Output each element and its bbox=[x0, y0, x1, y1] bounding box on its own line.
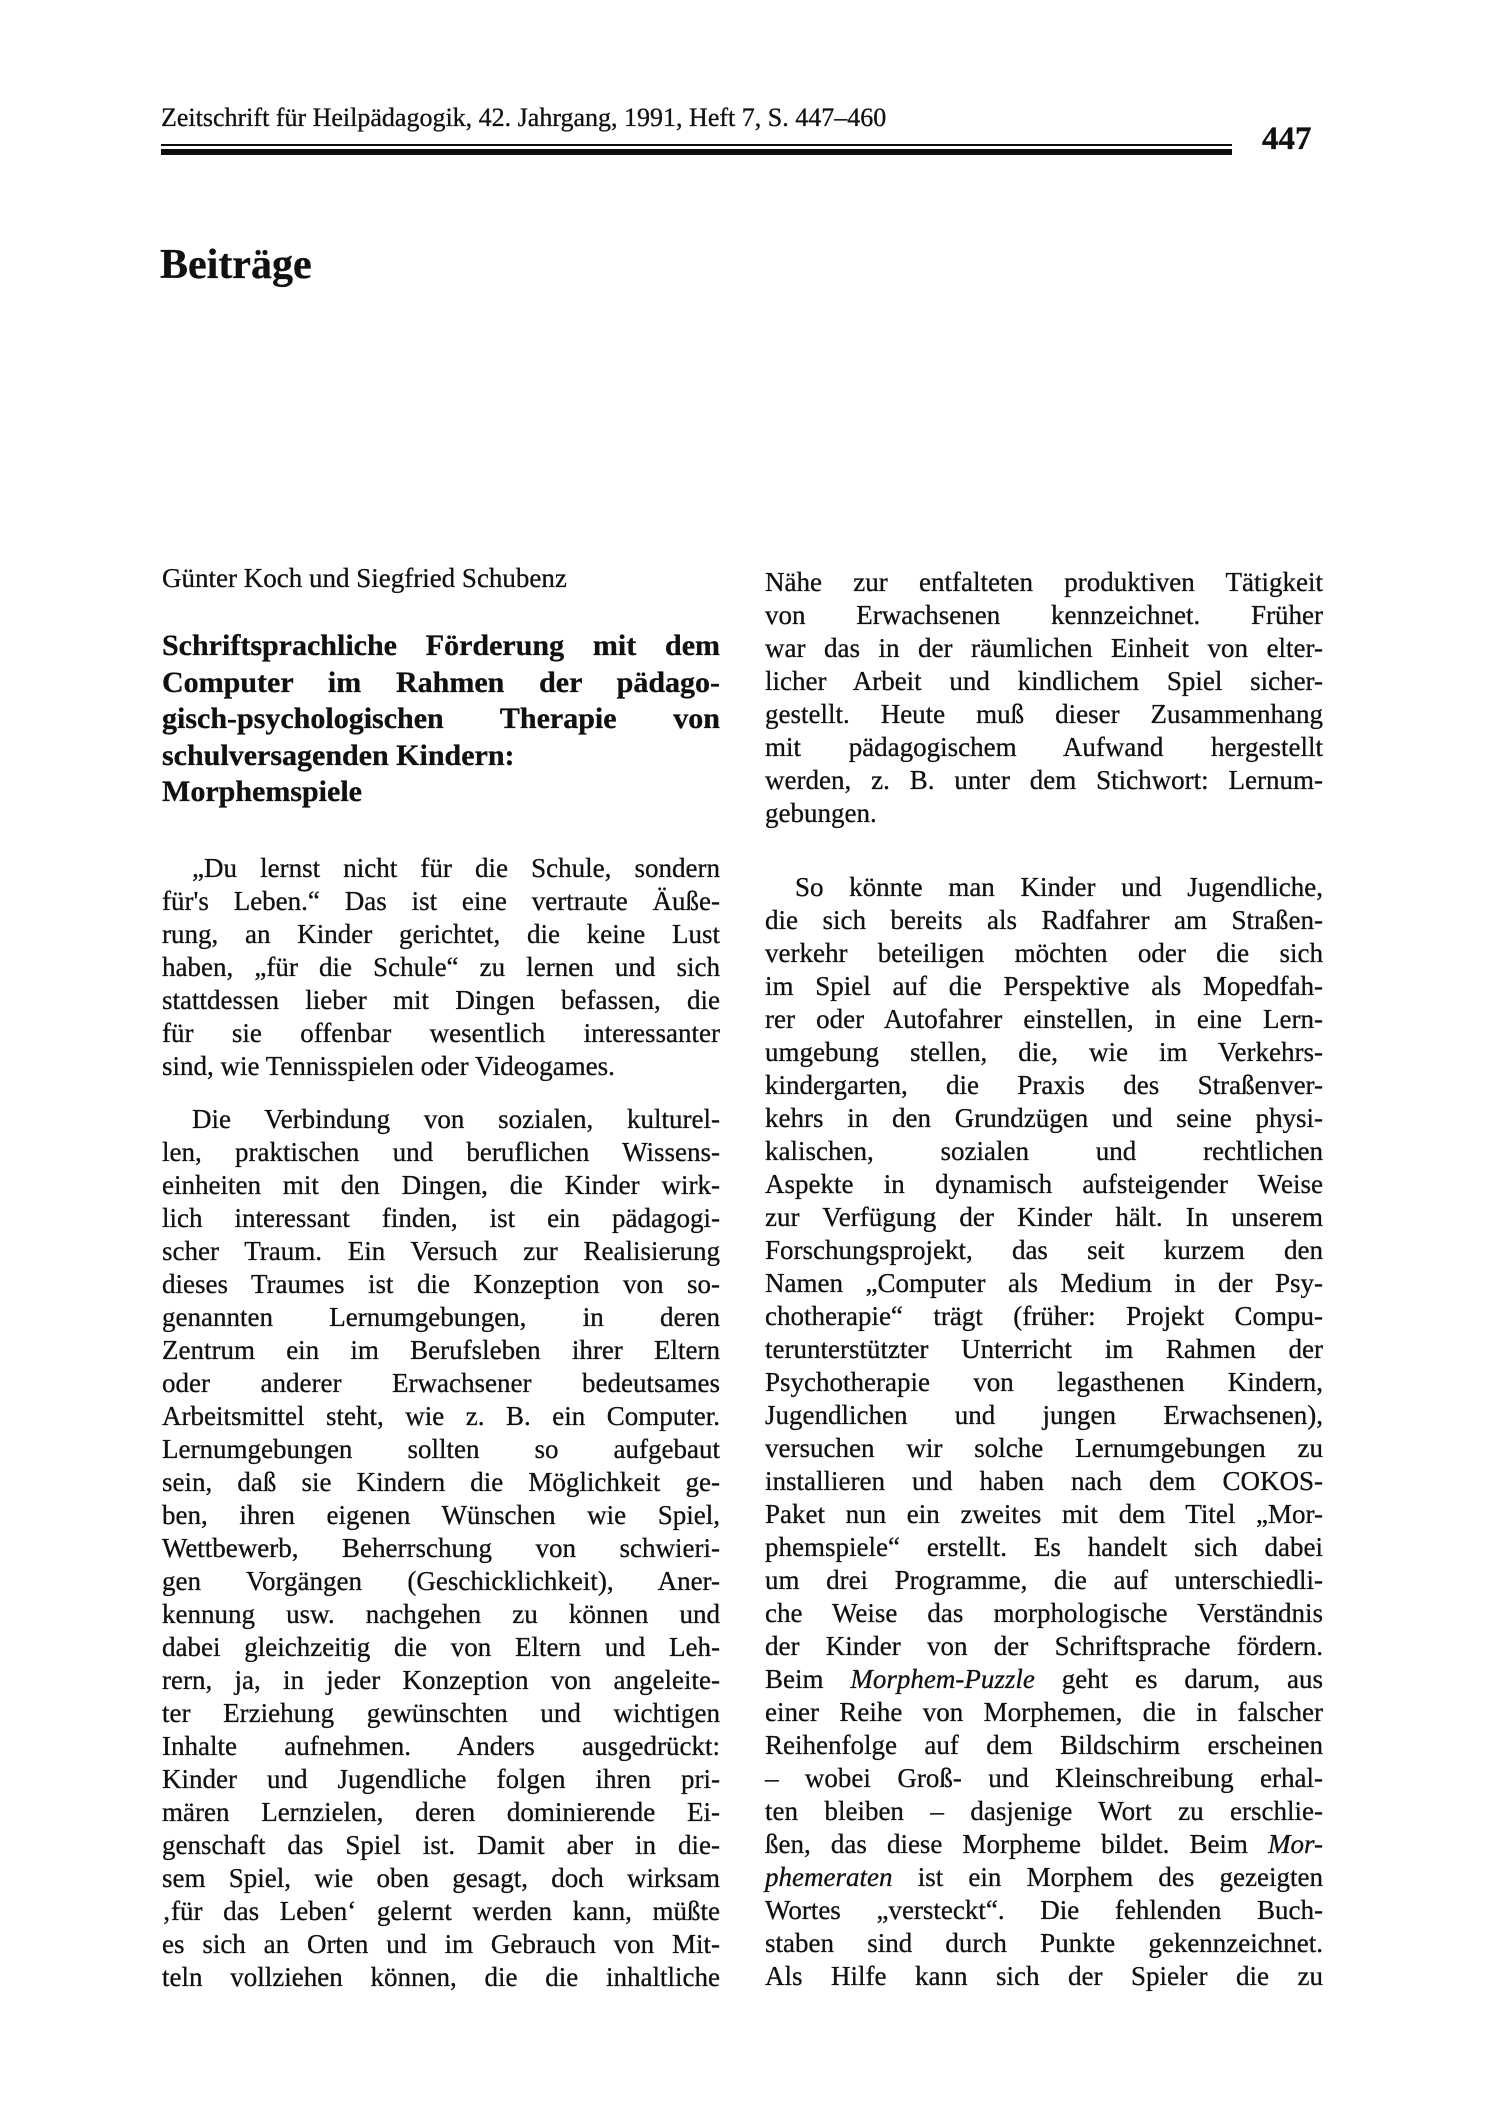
text-line: mären Lernzielen, deren dominierende Ei- bbox=[162, 1796, 720, 1829]
text-line: für's Leben.“ Das ist eine vertraute Äuß… bbox=[162, 885, 720, 918]
text-line: Psychotherapie von legasthenen Kindern, bbox=[765, 1366, 1323, 1399]
journal-header-line: Zeitschrift für Heilpädagogik, 42. Jahrg… bbox=[161, 102, 886, 134]
text-line: umgebung stellen, die, wie im Verkehrs- bbox=[765, 1036, 1323, 1069]
text-line: kehrs in den Grundzügen und seine physi- bbox=[765, 1102, 1323, 1135]
text-line: Paket nun ein zweites mit dem Titel „Mor… bbox=[765, 1498, 1323, 1531]
text-line: installieren und haben nach dem COKOS- bbox=[765, 1465, 1323, 1498]
text-line: gestellt. Heute muß dieser Zusammenhang bbox=[765, 698, 1323, 731]
text-line: Jugendlichen und jungen Erwachsenen), bbox=[765, 1399, 1323, 1432]
text-line: chotherapie“ trägt (früher: Projekt Comp… bbox=[765, 1300, 1323, 1333]
text-line: haben, „für die Schule“ zu lernen und si… bbox=[162, 951, 720, 984]
text-line: für sie offenbar wesentlich interessante… bbox=[162, 1017, 720, 1050]
text-line: Namen „Computer als Medium in der Psy- bbox=[765, 1267, 1323, 1300]
section-heading: Beiträge bbox=[160, 242, 312, 288]
text-line: So könnte man Kinder und Jugendliche, bbox=[765, 871, 1323, 904]
text-line: Morphemspiele bbox=[162, 774, 720, 811]
text-line: Aspekte in dynamisch aufsteigender Weise bbox=[765, 1168, 1323, 1201]
right-text-column: Nähe zur entfalteten produktiven Tätigke… bbox=[765, 566, 1323, 1993]
text-line: versuchen wir solche Lernumgebungen zu bbox=[765, 1432, 1323, 1465]
text-line: ter Erziehung gewünschten und wichtigen bbox=[162, 1697, 720, 1730]
text-line: Arbeitsmittel steht, wie z. B. ein Compu… bbox=[162, 1400, 720, 1433]
text-line: kennung usw. nachgehen zu können und bbox=[162, 1598, 720, 1631]
text-line: gebungen. bbox=[765, 797, 1323, 830]
text-line: Forschungsprojekt, das seit kurzem den bbox=[765, 1234, 1323, 1267]
text-line: rer oder Autofahrer einstellen, in eine … bbox=[765, 1003, 1323, 1036]
text-line: es sich an Orten und im Gebrauch von Mit… bbox=[162, 1928, 720, 1961]
text-line: Als Hilfe kann sich der Spieler die zu bbox=[765, 1960, 1323, 1993]
text-line: sem Spiel, wie oben gesagt, doch wirksam bbox=[162, 1862, 720, 1895]
text-line: im Spiel auf die Perspektive als Mopedfa… bbox=[765, 970, 1323, 1003]
text-line: genschaft das Spiel ist. Damit aber in d… bbox=[162, 1829, 720, 1862]
paragraph: Die Verbindung von sozialen, kulturel-le… bbox=[162, 1103, 720, 1994]
header-divider-rule bbox=[161, 144, 1232, 155]
text-line: len, praktischen und beruflichen Wissens… bbox=[162, 1136, 720, 1169]
paragraph: So könnte man Kinder und Jugendliche,die… bbox=[765, 871, 1323, 1993]
text-line: um drei Programme, die auf unterschiedli… bbox=[765, 1564, 1323, 1597]
text-line: kalischen, sozialen und rechtlichen bbox=[765, 1135, 1323, 1168]
text-line: oder anderer Erwachsener bedeutsames bbox=[162, 1367, 720, 1400]
paragraph: Schriftsprachliche Förderung mit demComp… bbox=[162, 628, 720, 811]
text-line: phemspiele“ erstellt. Es handelt sich da… bbox=[765, 1531, 1323, 1564]
text-line: – wobei Groß- und Kleinschreibung erhal- bbox=[765, 1762, 1323, 1795]
article-title: Schriftsprachliche Förderung mit demComp… bbox=[162, 628, 720, 811]
text-line: Nähe zur entfalteten produktiven Tätigke… bbox=[765, 566, 1323, 599]
text-line: phemeraten ist ein Morphem des gezeigten bbox=[765, 1861, 1323, 1894]
text-line: Beim Morphem-Puzzle geht es darum, aus bbox=[765, 1663, 1323, 1696]
text-line: ben, ihren eigenen Wünschen wie Spiel, bbox=[162, 1499, 720, 1532]
text-line: licher Arbeit und kindlichem Spiel siche… bbox=[765, 665, 1323, 698]
text-line: terunterstützter Unterricht im Rahmen de… bbox=[765, 1333, 1323, 1366]
text-line: Zentrum ein im Berufsleben ihrer Eltern bbox=[162, 1334, 720, 1367]
page-number: 447 bbox=[1262, 121, 1312, 157]
text-line: einer Reihe von Morphemen, die in falsch… bbox=[765, 1696, 1323, 1729]
text-line: ten bleiben – dasjenige Wort zu erschlie… bbox=[765, 1795, 1323, 1828]
text-line: verkehr beteiligen möchten oder die sich bbox=[765, 937, 1323, 970]
text-line: Kinder und Jugendliche folgen ihren pri- bbox=[162, 1763, 720, 1796]
left-text-column: „Du lernst nicht für die Schule, sondern… bbox=[162, 852, 720, 1994]
text-line: sind, wie Tennisspielen oder Videogames. bbox=[162, 1050, 720, 1083]
text-line: Inhalte aufnehmen. Anders ausgedrückt: bbox=[162, 1730, 720, 1763]
text-line: gen Vorgängen (Geschicklichkeit), Aner- bbox=[162, 1565, 720, 1598]
text-line: die sich bereits als Radfahrer am Straße… bbox=[765, 904, 1323, 937]
text-line: dieses Traumes ist die Konzeption von so… bbox=[162, 1268, 720, 1301]
paragraph: „Du lernst nicht für die Schule, sondern… bbox=[162, 852, 720, 1083]
text-line: war das in der räumlichen Einheit von el… bbox=[765, 632, 1323, 665]
text-line: Lernumgebungen sollten so aufgebaut bbox=[162, 1433, 720, 1466]
text-line: der Kinder von der Schriftsprache förder… bbox=[765, 1630, 1323, 1663]
text-line: werden, z. B. unter dem Stichwort: Lernu… bbox=[765, 764, 1323, 797]
text-line: Computer im Rahmen der pädago- bbox=[162, 665, 720, 702]
text-line: schulversagenden Kindern: bbox=[162, 738, 720, 775]
text-line: teln vollziehen können, die die inhaltli… bbox=[162, 1961, 720, 1994]
divider-thick-line bbox=[161, 149, 1232, 155]
text-line: von Erwachsenen kennzeichnet. Früher bbox=[765, 599, 1323, 632]
text-line: Wettbewerb, Beherrschung von schwieri- bbox=[162, 1532, 720, 1565]
text-line: scher Traum. Ein Versuch zur Realisierun… bbox=[162, 1235, 720, 1268]
text-line: lich interessant finden, ist ein pädagog… bbox=[162, 1202, 720, 1235]
article-authors: Günter Koch und Siegfried Schubenz bbox=[162, 562, 567, 595]
text-line: gisch-psychologischen Therapie von bbox=[162, 701, 720, 738]
journal-page: Zeitschrift für Heilpädagogik, 42. Jahrg… bbox=[0, 0, 1488, 2105]
text-line: einheiten mit den Dingen, die Kinder wir… bbox=[162, 1169, 720, 1202]
text-line: ‚für das Leben‘ gelernt werden kann, müß… bbox=[162, 1895, 720, 1928]
text-line: zur Verfügung der Kinder hält. In unsere… bbox=[765, 1201, 1323, 1234]
text-line: sein, daß sie Kindern die Möglichkeit ge… bbox=[162, 1466, 720, 1499]
text-line: stattdessen lieber mit Dingen befassen, … bbox=[162, 984, 720, 1017]
text-line: ßen, das diese Morpheme bildet. Beim Mor… bbox=[765, 1828, 1323, 1861]
text-line: Schriftsprachliche Förderung mit dem bbox=[162, 628, 720, 665]
text-line: genannten Lernumgebungen, in deren bbox=[162, 1301, 720, 1334]
paragraph: Nähe zur entfalteten produktiven Tätigke… bbox=[765, 566, 1323, 830]
text-line: che Weise das morphologische Verständnis bbox=[765, 1597, 1323, 1630]
text-line: staben sind durch Punkte gekennzeichnet. bbox=[765, 1927, 1323, 1960]
text-line: Wortes „versteckt“. Die fehlenden Buch- bbox=[765, 1894, 1323, 1927]
text-line: rung, an Kinder gerichtet, die keine Lus… bbox=[162, 918, 720, 951]
text-line: kindergarten, die Praxis des Straßenver- bbox=[765, 1069, 1323, 1102]
divider-thin-line bbox=[161, 144, 1232, 146]
text-line: dabei gleichzeitig die von Eltern und Le… bbox=[162, 1631, 720, 1664]
text-line: Reihenfolge auf dem Bildschirm erscheine… bbox=[765, 1729, 1323, 1762]
text-line: Die Verbindung von sozialen, kulturel- bbox=[162, 1103, 720, 1136]
text-line: rern, ja, in jeder Konzeption von angele… bbox=[162, 1664, 720, 1697]
text-line: mit pädagogischem Aufwand hergestellt bbox=[765, 731, 1323, 764]
text-line: „Du lernst nicht für die Schule, sondern bbox=[162, 852, 720, 885]
